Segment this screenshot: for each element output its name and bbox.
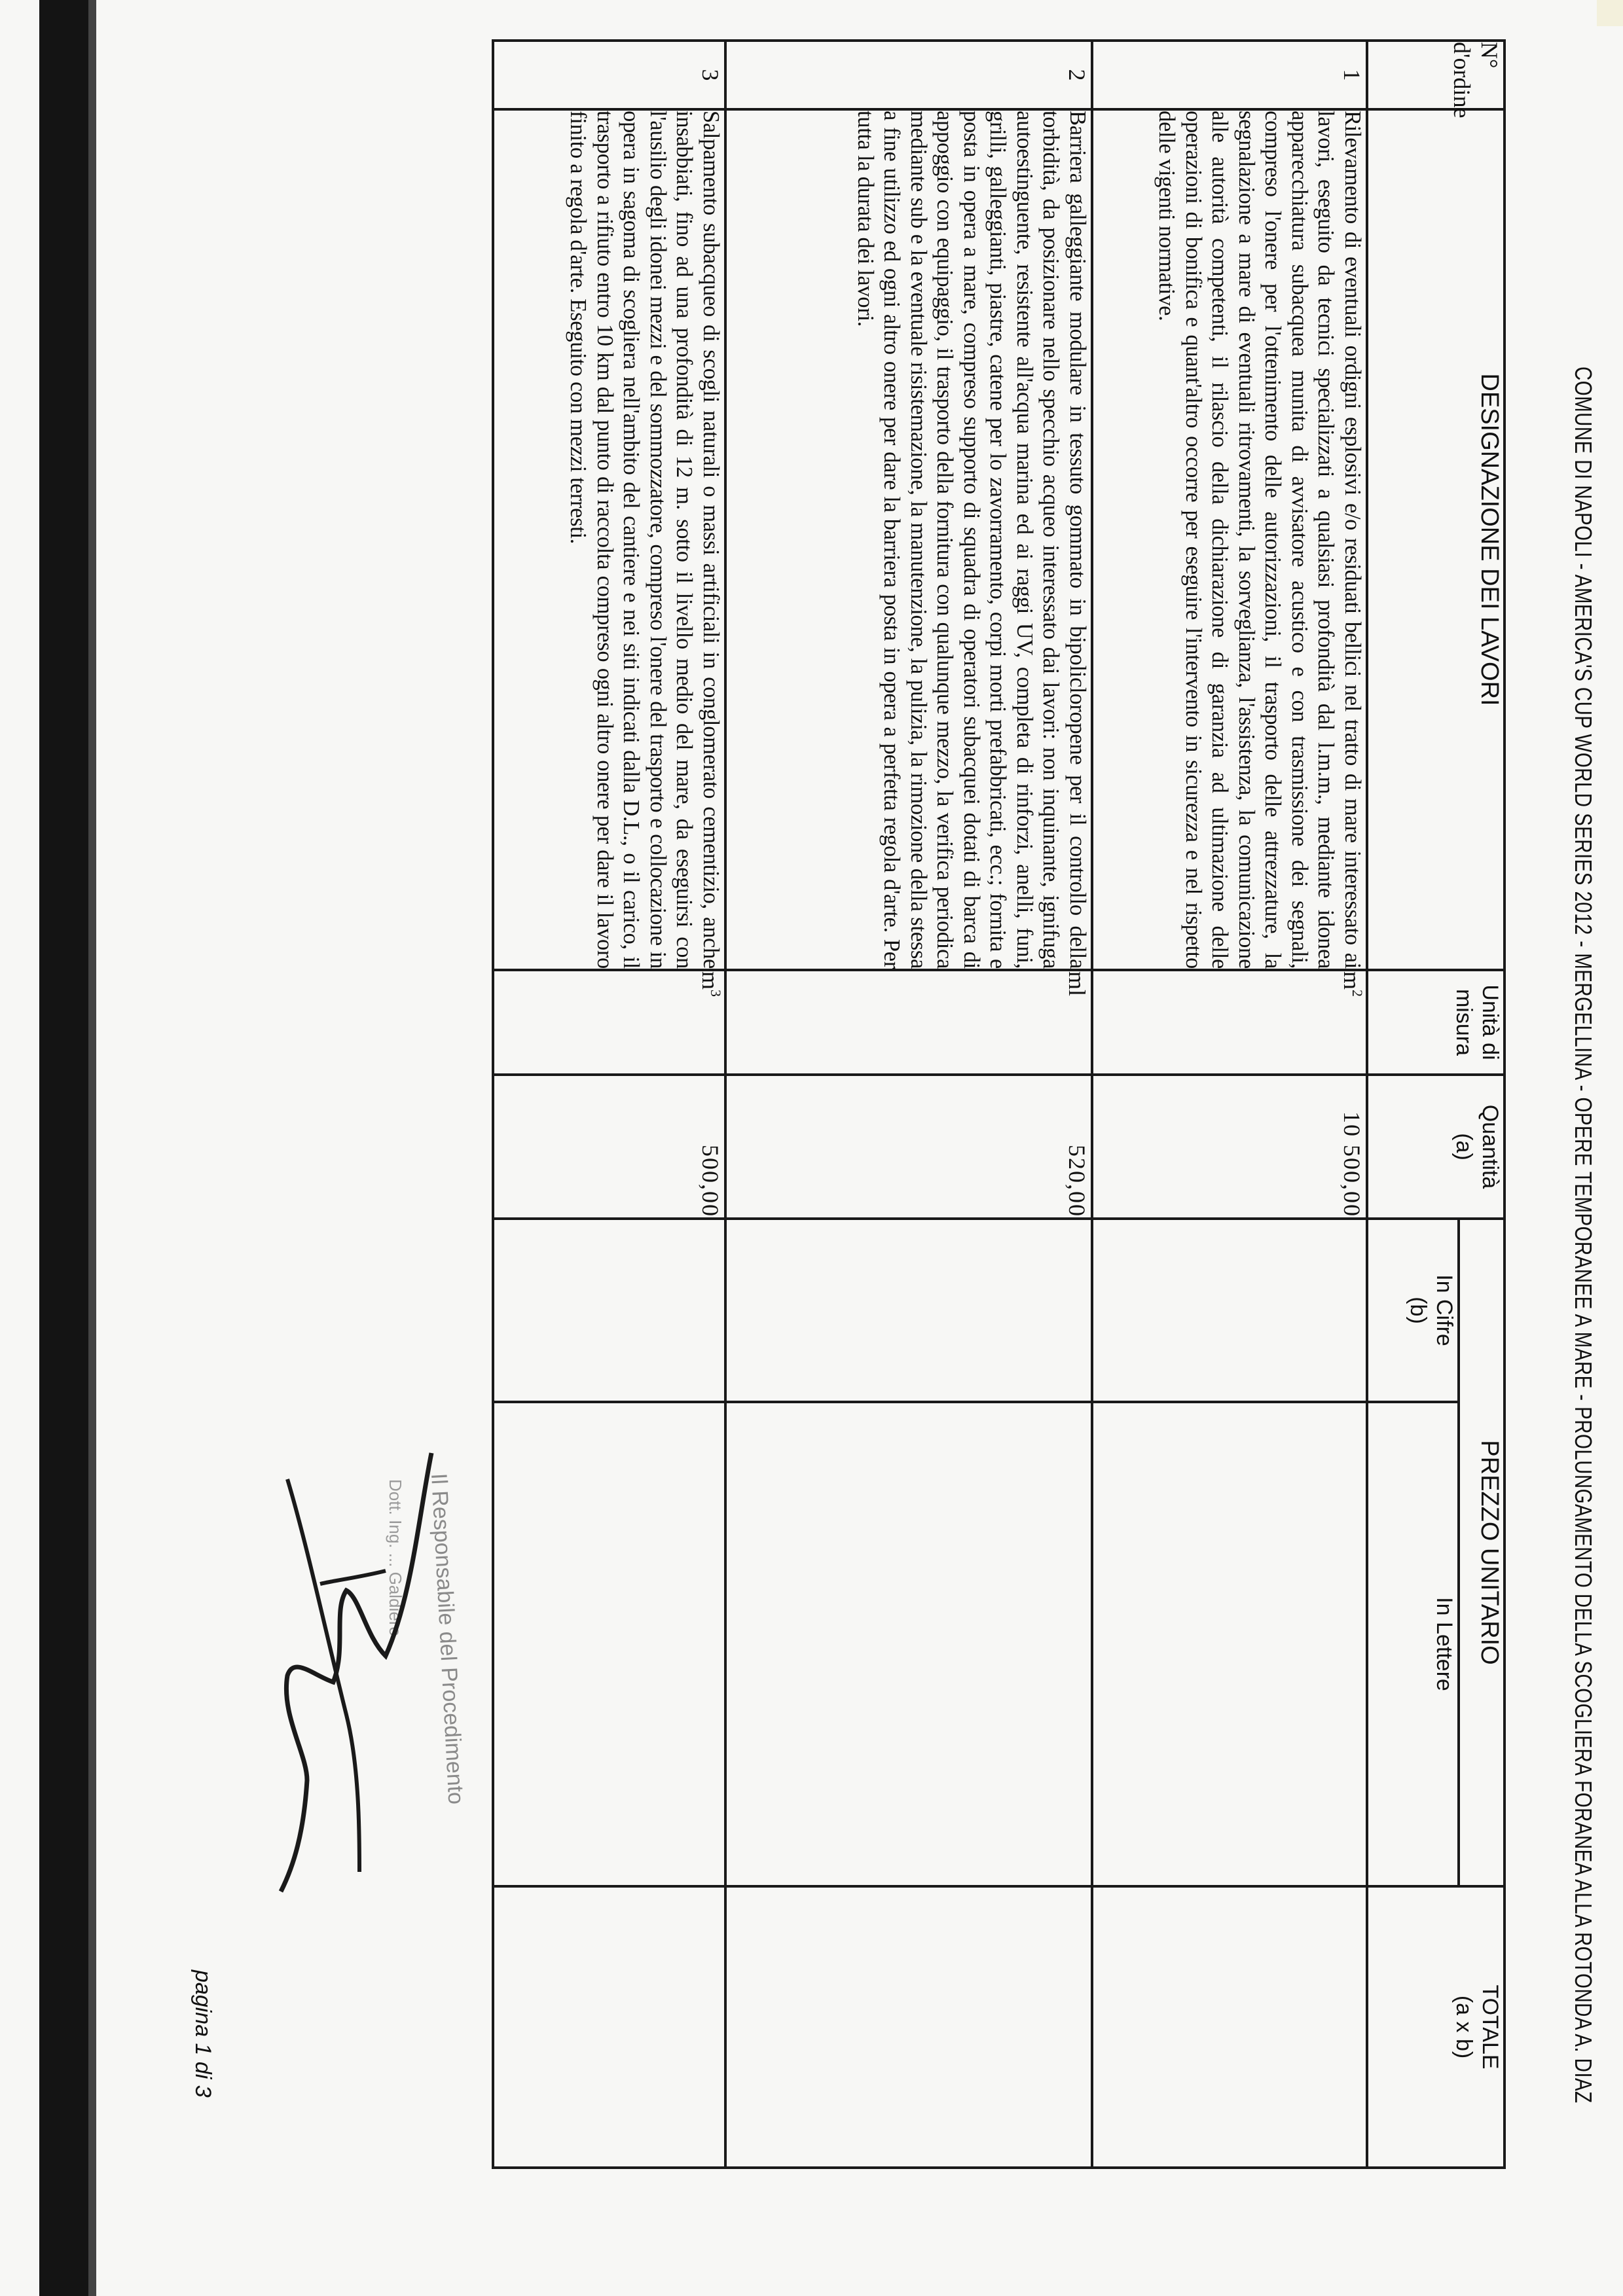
- row-price-words: [725, 1402, 1092, 1886]
- works-table: N° d'ordine DESIGNAZIONE DEI LAVORI Unit…: [492, 39, 1506, 2169]
- header-total: TOTALE(a x b): [1367, 1886, 1504, 2168]
- row-total: [493, 1886, 725, 2168]
- row-number: 1: [1092, 41, 1367, 109]
- row-number: 3: [493, 41, 725, 109]
- row-description: Barriera galleggiante modulare in tessut…: [725, 109, 1092, 970]
- row-price-figures: [725, 1219, 1092, 1402]
- handwritten-signature: [261, 1440, 458, 1898]
- row-total: [1092, 1886, 1367, 2168]
- header-designation: DESIGNAZIONE DEI LAVORI: [1367, 109, 1504, 970]
- header-order: N° d'ordine: [1367, 41, 1504, 109]
- row-unit: m2: [1092, 970, 1367, 1075]
- header-unit: Unità dimisura: [1367, 970, 1504, 1075]
- row-quantity: 500,00: [493, 1075, 725, 1219]
- row-price-figures: [493, 1219, 725, 1402]
- header-in-words: In Lettere: [1367, 1402, 1459, 1886]
- table-row: 3 Salpamento subacqueo di scogli natural…: [493, 41, 725, 2168]
- rotated-page: COMUNE DI NAPOLI - AMERICA'S CUP WORLD S…: [0, 0, 1623, 2296]
- row-total: [725, 1886, 1092, 2168]
- row-price-words: [1092, 1402, 1367, 1886]
- row-description: Salpamento subacqueo di scogli naturali …: [493, 109, 725, 970]
- header-in-figures: In Cifre(b): [1367, 1219, 1459, 1402]
- row-price-figures: [1092, 1219, 1367, 1402]
- document-title: COMUNE DI NAPOLI - AMERICA'S CUP WORLD S…: [1569, 367, 1597, 1869]
- row-unit: m3: [493, 970, 725, 1075]
- header-quantity: Quantità(a): [1367, 1075, 1504, 1219]
- row-quantity: 520,00: [725, 1075, 1092, 1219]
- row-description: Rilevamento di eventuali ordigni esplosi…: [1092, 109, 1367, 970]
- table-row: 1 Rilevamento di eventuali ordigni esplo…: [1092, 41, 1367, 2168]
- row-number: 2: [725, 41, 1092, 109]
- table-row: 2 Barriera galleggiante modulare in tess…: [725, 41, 1092, 2168]
- row-quantity: 10 500,00: [1092, 1075, 1367, 1219]
- page-number: pagina 1 di 3: [190, 1970, 215, 2098]
- header-unit-price: PREZZO UNITARIO: [1459, 1219, 1504, 1886]
- row-price-words: [493, 1402, 725, 1886]
- row-unit: ml: [725, 970, 1092, 1075]
